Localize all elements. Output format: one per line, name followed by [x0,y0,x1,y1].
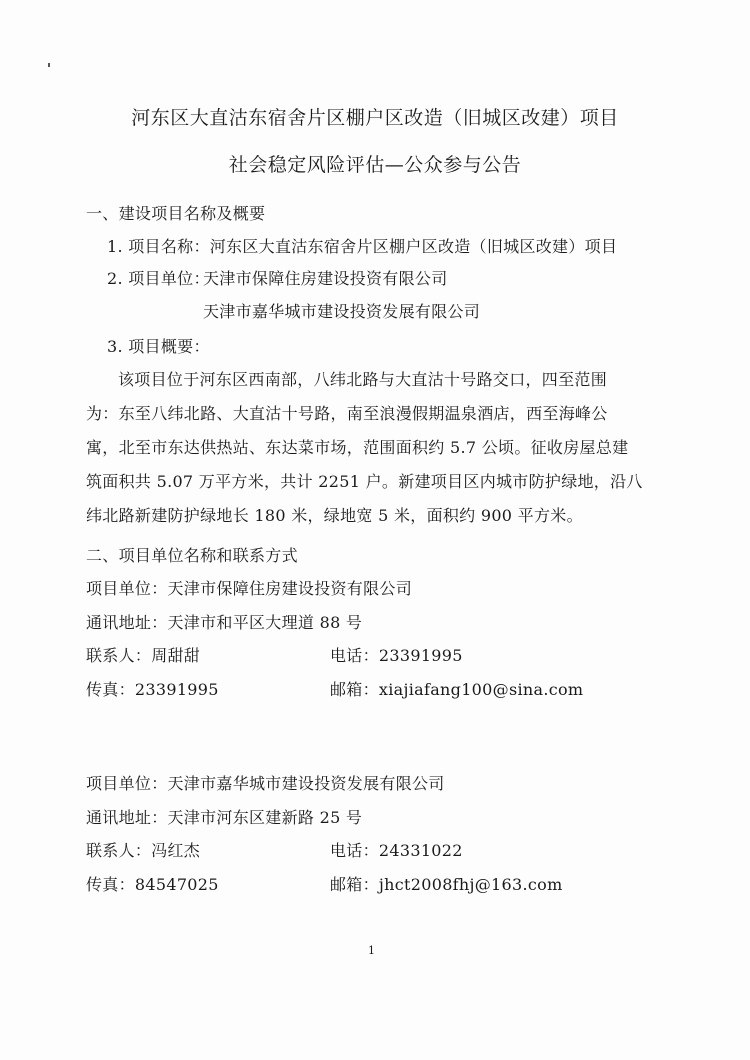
overview-line: 纬北路新建防护绿地长 180 米，绿地宽 5 米，面积约 900 平方米。 [86,503,583,526]
section2-heading: 二、项目单位名称和联系方式 [86,543,298,566]
overview-line: 该项目位于河东区西南部，八纬北路与大直沽十号路交口，四至范围 [118,367,607,390]
contact-unit: 项目单位：天津市嘉华城市建设投资发展有限公司 [86,771,445,794]
project-name: 1. 项目名称：河东区大直沽东宿舍片区棚户区改造（旧城区改建）项目 [107,234,617,257]
contact-fax: 传真：84547025 [86,872,219,895]
contact-address: 通讯地址：天津市和平区大理道 88 号 [86,610,362,633]
contact-fax: 传真：23391995 [86,677,219,700]
project-unit-2: 天津市嘉华城市建设投资发展有限公司 [203,299,480,322]
contact-phone: 电话：24331022 [330,838,463,861]
contact-person: 联系人：周甜甜 [86,643,200,666]
document-title: 河东区大直沽东宿舍片区棚户区改造（旧城区改建）项目 [0,103,750,130]
project-unit-1: 天津市保障住房建设投资有限公司 [203,266,448,289]
page-number: 1 [368,944,375,957]
contact-address: 通讯地址：天津市河东区建新路 25 号 [86,805,362,828]
overview-line: 为：东至八纬北路、大直沽十号路，南至浪漫假期温泉酒店，西至海峰公 [86,401,608,424]
project-unit-label: 2. 项目单位： [107,266,210,289]
overview-line: 寓，北至市东达供热站、东达菜市场，范围面积约 5.7 公顷。征收房屋总建 [86,435,628,458]
document-subtitle: 社会稳定风险评估—公众参与公告 [0,150,750,177]
contact-email: 邮箱：jhct2008fhj@163.com [330,872,563,895]
project-overview-label: 3. 项目概要： [107,334,210,357]
contact-phone: 电话：23391995 [330,643,463,666]
scan-mark [48,63,50,67]
overview-line: 筑面积共 5.07 万平方米，共计 2251 户。新建项目区内城市防护绿地，沿八 [86,469,643,492]
contact-email: 邮箱：xiajiafang100@sina.com [330,677,583,700]
section1-heading: 一、建设项目名称及概要 [86,201,265,224]
contact-person: 联系人：冯红杰 [86,838,200,861]
contact-unit: 项目单位：天津市保障住房建设投资有限公司 [86,576,412,599]
